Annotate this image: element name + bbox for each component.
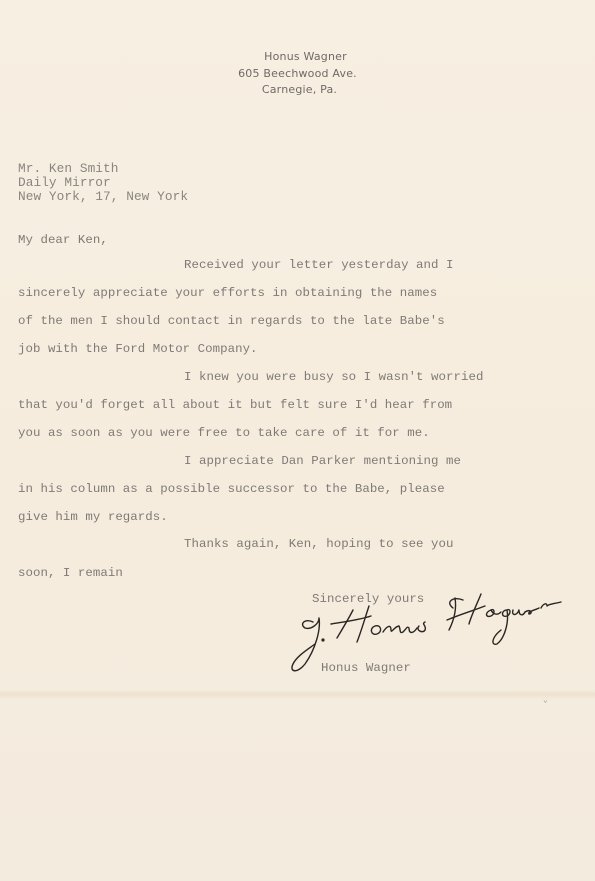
body-line: of the men I should contact in regards t…: [18, 314, 445, 328]
body-line: I knew you were busy so I wasn't worried: [184, 370, 483, 384]
body-line: sincerely appreciate your efforts in obt…: [18, 286, 437, 300]
body-line: you as soon as you were free to take car…: [18, 426, 430, 440]
body-line: in his column as a possible successor to…: [18, 482, 445, 496]
letterhead-city: Carnegie, Pa.: [0, 82, 595, 99]
letter-paper: [0, 0, 595, 881]
letterhead-name: Honus Wagner: [0, 49, 595, 66]
salutation: My dear Ken,: [18, 233, 108, 247]
body-line: that you'd forget all about it but felt …: [18, 398, 452, 412]
typed-signature-name: Honus Wagner: [321, 661, 411, 675]
letterhead-street: 605 Beechwood Ave.: [0, 66, 595, 83]
recipient-city: New York, 17, New York: [18, 189, 188, 204]
letterhead: Honus Wagner 605 Beechwood Ave. Carnegie…: [0, 49, 595, 99]
body-line: soon, I remain: [18, 566, 123, 580]
recipient-organization: Daily Mirror: [18, 175, 111, 190]
paper-mark: ⌄: [543, 695, 548, 705]
body-line: give him my regards.: [18, 510, 168, 524]
recipient-name: Mr. Ken Smith: [18, 161, 118, 176]
body-line: Received your letter yesterday and I: [184, 258, 453, 272]
body-line: Thanks again, Ken, hoping to see you: [184, 537, 453, 551]
body-line: I appreciate Dan Parker mentioning me: [184, 454, 461, 468]
body-line: job with the Ford Motor Company.: [18, 342, 258, 356]
